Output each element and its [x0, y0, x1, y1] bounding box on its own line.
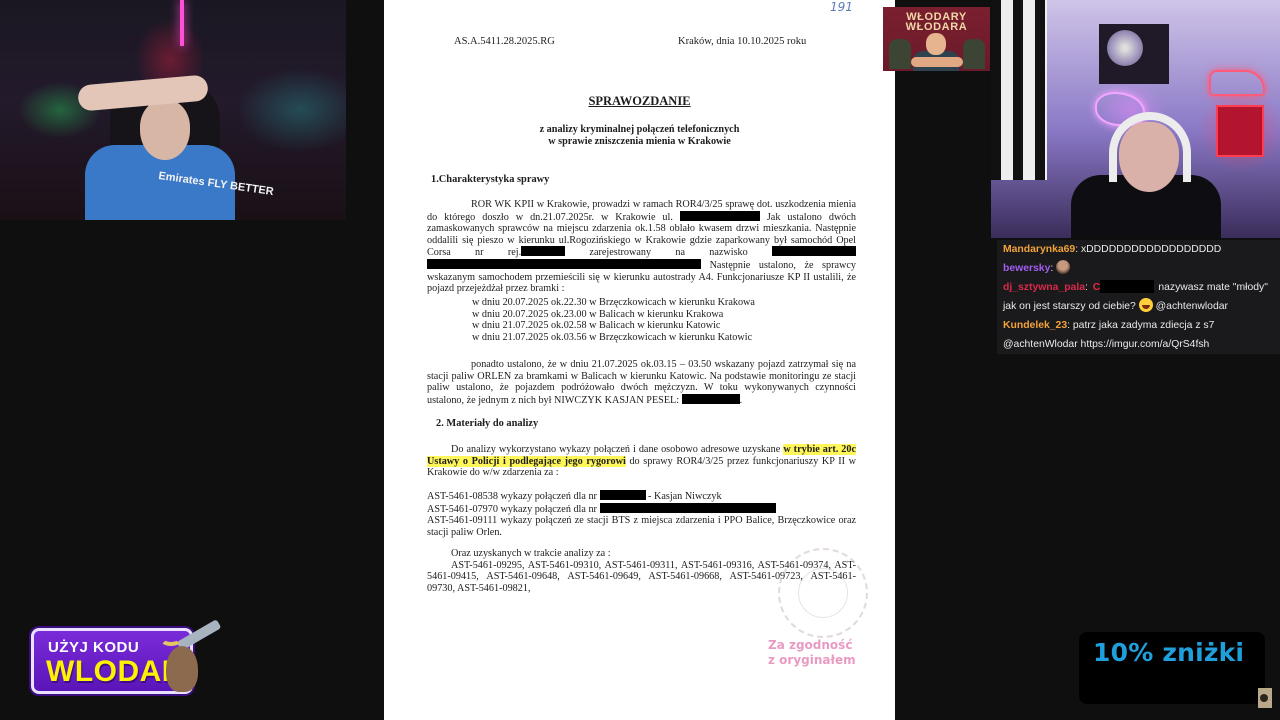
drinks-fridge — [1216, 105, 1264, 157]
promo-label: UŻYJ KODU — [48, 639, 139, 656]
document-subtitle: z analizy kryminalnej połączeń telefonic… — [384, 124, 895, 148]
streamer-webcam-right — [991, 0, 1280, 238]
chat-message: Mandarynka69: xDDDDDDDDDDDDDDDDDD — [1003, 240, 1276, 259]
section-1-paragraph: ROR WK KPII w Krakowie, prowadzi w ramac… — [427, 199, 856, 295]
gate-pass-item: w dniu 21.07.2025 ok.02.58 w Balicach w … — [472, 320, 755, 332]
section-2-paragraph: Do analizy wykorzystano wykazy połączeń … — [427, 444, 856, 479]
discount-text: 10% zniżki — [1093, 638, 1244, 667]
chat-username[interactable]: Kundelek_23 — [1003, 320, 1067, 331]
gate-pass-item: w dniu 21.07.2025 ok.03.56 w Brzęczkowic… — [472, 332, 755, 344]
striped-curtain — [991, 0, 1047, 180]
chat-message: bewersky: — [1003, 259, 1276, 278]
chat-username[interactable]: Mandarynka69 — [1003, 244, 1075, 255]
discount-banner: 10% zniżki — [1079, 632, 1265, 704]
section-1-heading: 1.Charakterystyka sprawy — [431, 174, 549, 186]
section-1-continuation: ponadto ustalono, że w dniu 21.07.2025 o… — [427, 359, 856, 406]
chat-prefix: C — [1093, 282, 1101, 293]
police-report-document: 191 AS.A.5411.28.2025.RG Kraków, dnia 10… — [384, 0, 895, 720]
chat-mention[interactable]: @achtenwlodar — [1156, 301, 1228, 312]
laughing-emoji-icon — [1139, 298, 1153, 312]
headphones-icon — [1109, 112, 1191, 182]
sponsor-logo: WŁODARY WŁODARA — [883, 7, 990, 71]
live-chat: Mandarynka69: xDDDDDDDDDDDDDDDDDD bewers… — [997, 240, 1280, 354]
gate-pass-item: w dniu 20.07.2025 ok.22.30 w Brzęczkowic… — [472, 297, 755, 309]
neon-light — [180, 0, 184, 46]
certified-copy-stamp: Za zgodność z oryginałem — [768, 638, 856, 668]
redacted-street — [680, 211, 760, 221]
gate-pass-item: w dniu 20.07.2025 ok.23.00 w Balicach w … — [472, 309, 755, 321]
redacted-plate — [521, 246, 565, 256]
thumbnail-icon — [1258, 688, 1272, 708]
official-stamp-icon — [778, 548, 868, 638]
redacted-phone-number — [600, 503, 776, 513]
redacted-phone-number — [600, 490, 646, 500]
redacted-owner-name — [772, 246, 856, 256]
document-reference: AS.A.5411.28.2025.RG — [454, 36, 555, 48]
document-title: SPRAWOZDANIE — [384, 96, 895, 108]
redacted-chat-text — [1100, 280, 1154, 293]
section-2-heading: 2. Materiały do analizy — [436, 418, 538, 430]
gate-pass-list: w dniu 20.07.2025 ok.22.30 w Brzęczkowic… — [472, 297, 755, 343]
record-disc-icon — [1107, 30, 1143, 66]
chat-message: dj_sztywna_pala: Cnazywasz mate "młody" … — [1003, 278, 1276, 316]
chat-username[interactable]: dj_sztywna_pala — [1003, 282, 1085, 293]
document-date: Kraków, dnia 10.10.2025 roku — [678, 36, 806, 48]
face-emote-icon — [1056, 260, 1070, 274]
redacted-owner-address — [427, 259, 701, 269]
redacted-pesel — [682, 394, 740, 404]
page-number: 191 — [830, 2, 853, 14]
ast-record: AST-5461-07970 wykazy połączeń dla nr — [427, 503, 856, 516]
ast-bts-record: AST-5461-09111 wykazy połączeń ze stacji… — [427, 515, 856, 538]
chat-username[interactable]: bewersky — [1003, 263, 1050, 274]
streamer-face — [140, 100, 190, 160]
chat-message: Kundelek_23: patrz jaka zadyma zdiecja z… — [1003, 316, 1276, 354]
ast-record: AST-5461-08538 wykazy połączeń dla nr - … — [427, 490, 856, 503]
ast-record-list: AST-5461-08538 wykazy połączeń dla nr - … — [427, 490, 856, 538]
chat-text: xDDDDDDDDDDDDDDDDDD — [1081, 244, 1221, 255]
streamer-webcam-left: Emirates FLY BETTER — [0, 0, 346, 220]
neon-bull-sign-icon — [1209, 70, 1265, 96]
mascot-bird-icon — [160, 628, 222, 704]
